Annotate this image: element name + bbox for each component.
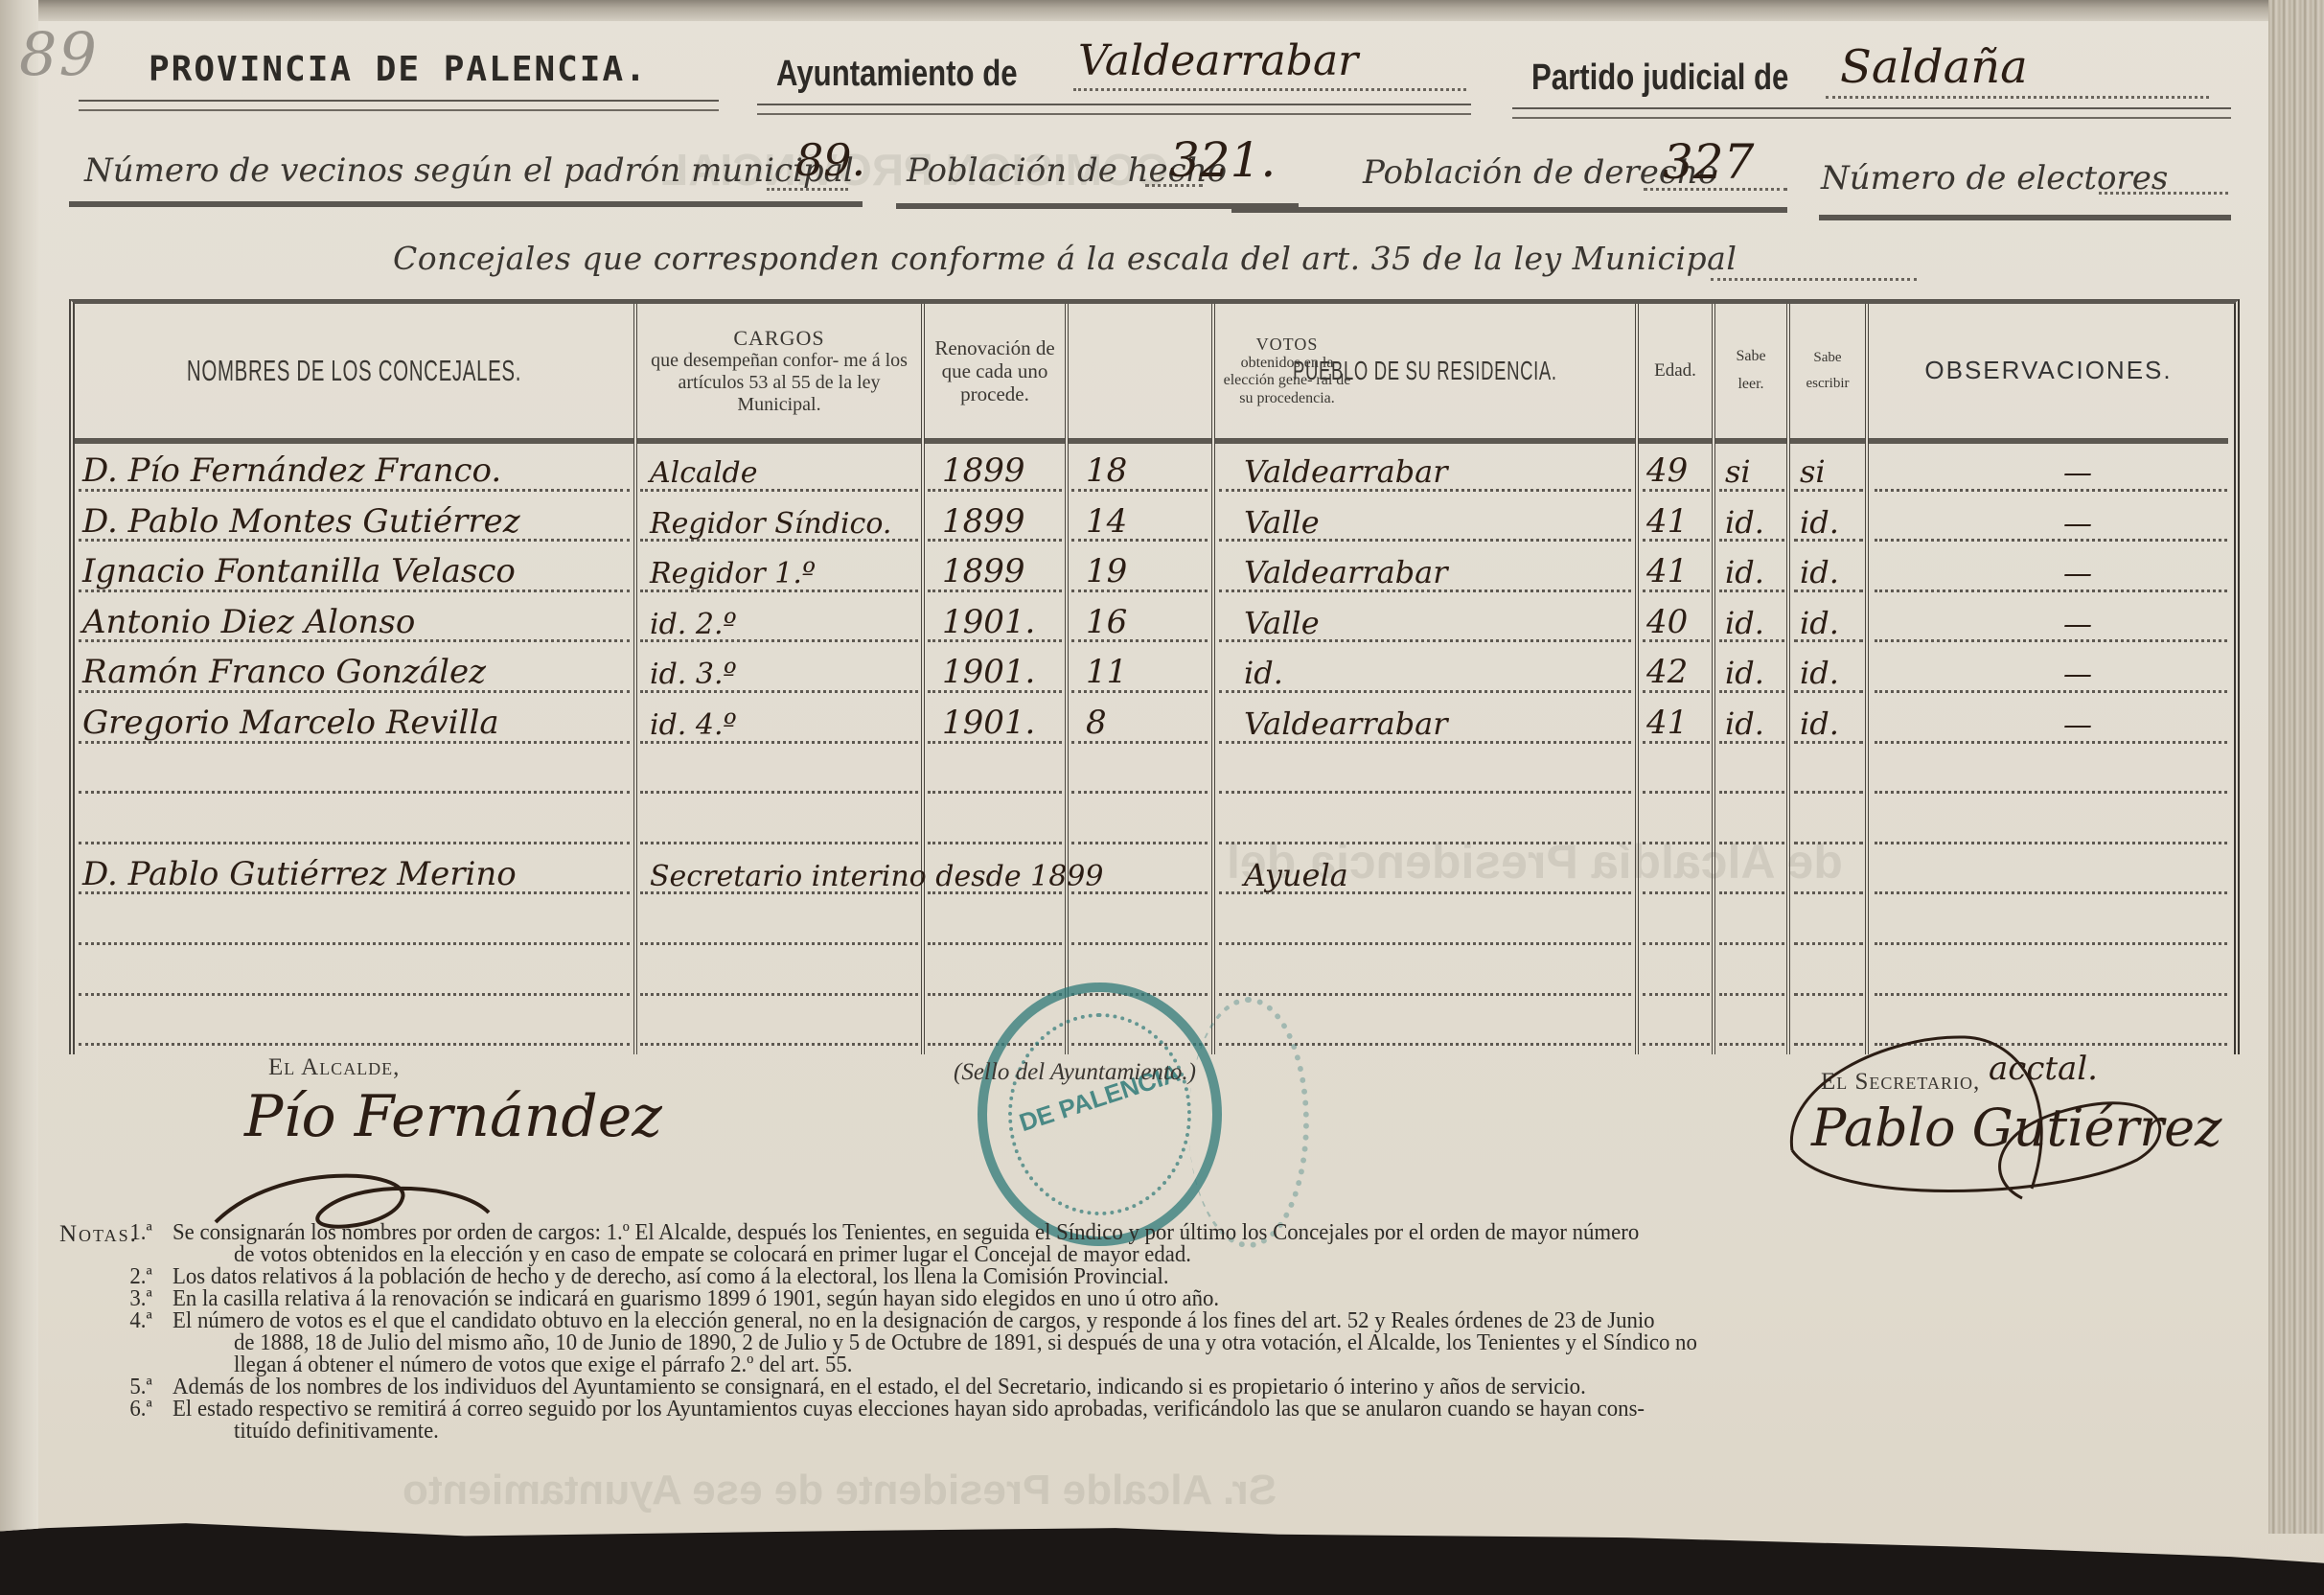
seal-ghost-impression: [1188, 997, 1309, 1248]
note-line: 4.ªEl número de votos es el que el candi…: [173, 1309, 1655, 1331]
dotted-line: [1711, 278, 1917, 281]
dotted-rule: [928, 791, 1062, 794]
cell-pueblo: Ayuela: [1244, 847, 1348, 893]
cell-leer: id.: [1725, 645, 1764, 691]
cell-escribir: id.: [1800, 544, 1839, 590]
secretario-rubric: [1773, 1026, 2214, 1217]
dotted-rule: [1719, 993, 1784, 996]
cell-renovacion: 1899: [942, 495, 1025, 541]
concejales-table: NOMBRES DE LOS CONCEJALES. CARGOS que de…: [69, 299, 2240, 1054]
cell-obs: [1982, 797, 2174, 843]
dotted-rule: [928, 842, 1062, 844]
dotted-rule: [1643, 891, 1710, 894]
dotted-rule: [1719, 942, 1784, 945]
dotted-rule: [79, 791, 630, 794]
header-leer: Sabe leer.: [1715, 304, 1786, 438]
header-observaciones-text: OBSERVACIONES.: [1924, 357, 2172, 385]
cell-leer: id.: [1725, 595, 1764, 641]
dotted-rule: [1071, 891, 1208, 894]
dotted-rule: [79, 842, 630, 844]
cell-nombre: D. Pío Fernández Franco.: [82, 444, 501, 490]
dotted-rule: [1719, 791, 1784, 794]
cell-votos: 18: [1086, 444, 1127, 490]
cell-escribir: id.: [1800, 595, 1839, 641]
cell-pueblo: Valdearrabar: [1244, 696, 1448, 742]
ayuntamiento-seal: DE PALENCIA: [978, 982, 1222, 1246]
ayuntamiento-value: Valdearrabar: [1078, 36, 1358, 85]
cell-obs: —: [1982, 645, 2174, 691]
header-edad: Edad.: [1639, 304, 1712, 438]
notes-title: Notas.: [59, 1223, 138, 1245]
book-gutter: [0, 0, 38, 1534]
cell-obs: [1982, 897, 2174, 943]
vecinos-label: Número de vecinos según el padrón munici…: [84, 151, 854, 190]
note-line: 1.ªSe consignarán los nombres por orden …: [173, 1221, 1639, 1243]
header-pueblo: PUEBLO DE SU RESIDENCIA.: [1215, 304, 1635, 438]
dotted-rule: [1719, 891, 1784, 894]
partido-value: Saldaña: [1840, 40, 2028, 94]
cell-votos: 16: [1086, 595, 1127, 641]
note-line: de 1888, 18 de Julio del mismo año, 10 d…: [234, 1331, 1697, 1353]
dotted-rule: [1643, 993, 1710, 996]
dotted-rule: [1643, 791, 1710, 794]
cell-renovacion: 1901.: [942, 595, 1035, 641]
dotted-rule: [79, 993, 630, 996]
header-escribir: Sabe escribir: [1790, 304, 1865, 438]
cell-votos: 8: [1086, 696, 1107, 742]
cell-cargo: id. 3.º: [650, 645, 737, 691]
page-stack-edge: [2268, 0, 2324, 1534]
column-divider: [1065, 304, 1069, 1054]
note-line: 2.ªLos datos relativos á la población de…: [173, 1265, 1169, 1287]
dotted-line: [1145, 184, 1203, 187]
cell-pueblo: Valle: [1244, 495, 1320, 541]
dotted-rule: [1219, 842, 1631, 844]
note-number: 1.ª: [129, 1221, 151, 1243]
header-leer-text: Sabe leer.: [1723, 343, 1779, 399]
dotted-rule: [1643, 1043, 1710, 1046]
header-rule: [79, 100, 719, 111]
cell-leer: id.: [1725, 495, 1764, 541]
note-number: 2.ª: [129, 1265, 151, 1287]
dotted-rule: [928, 891, 1062, 894]
cell-nombre: Gregorio Marcelo Revilla: [82, 696, 499, 742]
ayuntamiento-dotted-line: [1073, 88, 1466, 91]
cell-obs: [1982, 747, 2174, 793]
cell-nombre: D. Pablo Montes Gutiérrez: [82, 495, 520, 541]
dotted-rule: [79, 1043, 630, 1046]
header-pueblo-text: PUEBLO DE SU RESIDENCIA.: [1293, 356, 1557, 386]
cell-votos: 19: [1086, 544, 1127, 590]
header-cargos: CARGOS que desempeñan confor- me á los a…: [637, 304, 921, 438]
note-line: tituído definitivamente.: [234, 1420, 439, 1442]
note-number: 3.ª: [129, 1287, 151, 1309]
note-number: 6.ª: [129, 1398, 151, 1420]
cell-obs: —: [1982, 444, 2174, 490]
header-rule: [757, 104, 1471, 115]
cell-cargo: Regidor 1.º: [650, 544, 816, 590]
cell-nombre: D. Pablo Gutiérrez Merino: [82, 847, 517, 893]
cell-votos: 11: [1086, 645, 1127, 691]
row-rule: [1819, 215, 2231, 220]
cell-nombre: Ramón Franco González: [82, 645, 486, 691]
dotted-rule: [1219, 791, 1631, 794]
cell-edad: 49: [1646, 444, 1688, 490]
alcalde-label: El Alcalde,: [268, 1054, 400, 1081]
cell-edad: 41: [1646, 696, 1688, 742]
cell-renovacion: 1901.: [942, 696, 1035, 742]
derecho-value: 327: [1663, 134, 1754, 190]
cell-obs: —: [1982, 595, 2174, 641]
partido-dotted-line: [1826, 96, 2209, 99]
dotted-rule: [1794, 842, 1863, 844]
seal-label: (Sello del Ayuntamiento.): [954, 1059, 1196, 1086]
header-renovacion: Renovación de que cada uno procede.: [925, 304, 1065, 438]
dotted-rule: [928, 942, 1062, 945]
cell-edad: 40: [1646, 595, 1688, 641]
header-rule: [1512, 107, 2231, 119]
cell-cargo: id. 4.º: [650, 696, 737, 742]
cell-edad: 41: [1646, 495, 1688, 541]
dotted-rule: [928, 993, 1062, 996]
dotted-rule: [640, 993, 918, 996]
show-through-text: Sr. Alcalde Presidente de ese Ayuntamien…: [403, 1467, 1277, 1514]
cell-cargo: Alcalde: [650, 444, 758, 490]
dotted-rule: [1794, 891, 1863, 894]
header-renovacion-text: Renovación de que cada uno procede.: [931, 336, 1060, 405]
dotted-rule: [1794, 942, 1863, 945]
partido-label: Partido judicial de: [1531, 58, 1788, 99]
note-line: 3.ªEn la casilla relativa á la renovació…: [173, 1287, 1219, 1309]
header-cargos-sub: que desempeñan confor- me á los artículo…: [645, 350, 913, 416]
note-number: 5.ª: [129, 1375, 151, 1398]
folio-number: 89: [19, 19, 99, 89]
dotted-rule: [640, 942, 918, 945]
note-number: 4.ª: [129, 1309, 151, 1331]
document-page: COMISION PROVINCIAL de Alcaldía Presiden…: [0, 0, 2324, 1595]
dotted-rule: [1794, 993, 1863, 996]
cell-pueblo: id.: [1244, 645, 1283, 691]
cell-renovacion: 1899: [942, 544, 1025, 590]
cell-escribir: id.: [1800, 645, 1839, 691]
dotted-rule: [1643, 842, 1710, 844]
dotted-rule: [1643, 942, 1710, 945]
note-line: 6.ªEl estado respectivo se remitirá á co…: [173, 1398, 1645, 1420]
cell-escribir: si: [1800, 444, 1826, 490]
header-cargos-title: CARGOS: [733, 326, 824, 350]
dotted-rule: [640, 1043, 918, 1046]
header-nombres: NOMBRES DE LOS CONCEJALES.: [75, 304, 633, 438]
hecho-value: 321.: [1169, 132, 1276, 188]
cell-votos: 14: [1086, 495, 1127, 541]
header-observaciones: OBSERVACIONES.: [1869, 304, 2228, 438]
provincia-title: PROVINCIA DE PALENCIA.: [149, 50, 648, 89]
dotted-rule: [79, 942, 630, 945]
cell-obs: —: [1982, 544, 2174, 590]
cell-pueblo: Valdearrabar: [1244, 544, 1448, 590]
cell-edad: 42: [1646, 645, 1688, 691]
cell-pueblo: Valle: [1244, 595, 1320, 641]
dotted-line: [2099, 192, 2228, 195]
dotted-rule: [1219, 942, 1631, 945]
dotted-rule: [1219, 993, 1631, 996]
cell-obs: —: [1982, 495, 2174, 541]
row-rule: [1231, 207, 1787, 213]
book-binding-top: [0, 0, 2324, 21]
cell-renovacion: 1899: [942, 444, 1025, 490]
dotted-rule: [1071, 791, 1208, 794]
cell-nombre: Ignacio Fontanilla Velasco: [82, 544, 516, 590]
cell-obs: [1982, 948, 2174, 994]
cell-obs: —: [1982, 696, 2174, 742]
vecinos-value: 89.: [795, 134, 865, 186]
note-line: 5.ªAdemás de los nombres de los individu…: [173, 1375, 1586, 1398]
cell-renovacion: 1901.: [942, 645, 1035, 691]
note-line: llegan á obtener el número de votos que …: [234, 1353, 852, 1375]
cell-pueblo: Valdearrabar: [1244, 444, 1448, 490]
dotted-rule: [640, 842, 918, 844]
ayuntamiento-label: Ayuntamiento de: [776, 54, 1018, 95]
dotted-line: [1644, 188, 1787, 191]
dotted-line: [767, 188, 848, 191]
dotted-rule: [640, 791, 918, 794]
header-escribir-text: Sabe escribir: [1794, 345, 1861, 397]
cell-leer: si: [1725, 444, 1751, 490]
cell-cargo: Secretario interino desde 1899: [650, 847, 1103, 893]
header-nombres-text: NOMBRES DE LOS CONCEJALES.: [187, 354, 521, 388]
cell-cargo: id. 2.º: [650, 595, 737, 641]
cell-leer: id.: [1725, 696, 1764, 742]
header-edad-text: Edad.: [1654, 360, 1696, 381]
cell-escribir: id.: [1800, 495, 1839, 541]
cell-cargo: Regidor Síndico.: [650, 495, 891, 541]
cell-obs: [1982, 847, 2174, 893]
cell-edad: 41: [1646, 544, 1688, 590]
cell-leer: id.: [1725, 544, 1764, 590]
note-line: de votos obtenidos en la elección y en c…: [234, 1243, 1191, 1265]
concejales-scale-line: Concejales que corresponden conforme á l…: [393, 240, 1737, 277]
dotted-rule: [1071, 842, 1208, 844]
cell-escribir: id.: [1800, 696, 1839, 742]
row-rule: [69, 201, 863, 207]
dotted-rule: [1719, 842, 1784, 844]
dotted-rule: [1071, 942, 1208, 945]
dotted-rule: [1794, 791, 1863, 794]
cell-nombre: Antonio Diez Alonso: [82, 595, 415, 641]
